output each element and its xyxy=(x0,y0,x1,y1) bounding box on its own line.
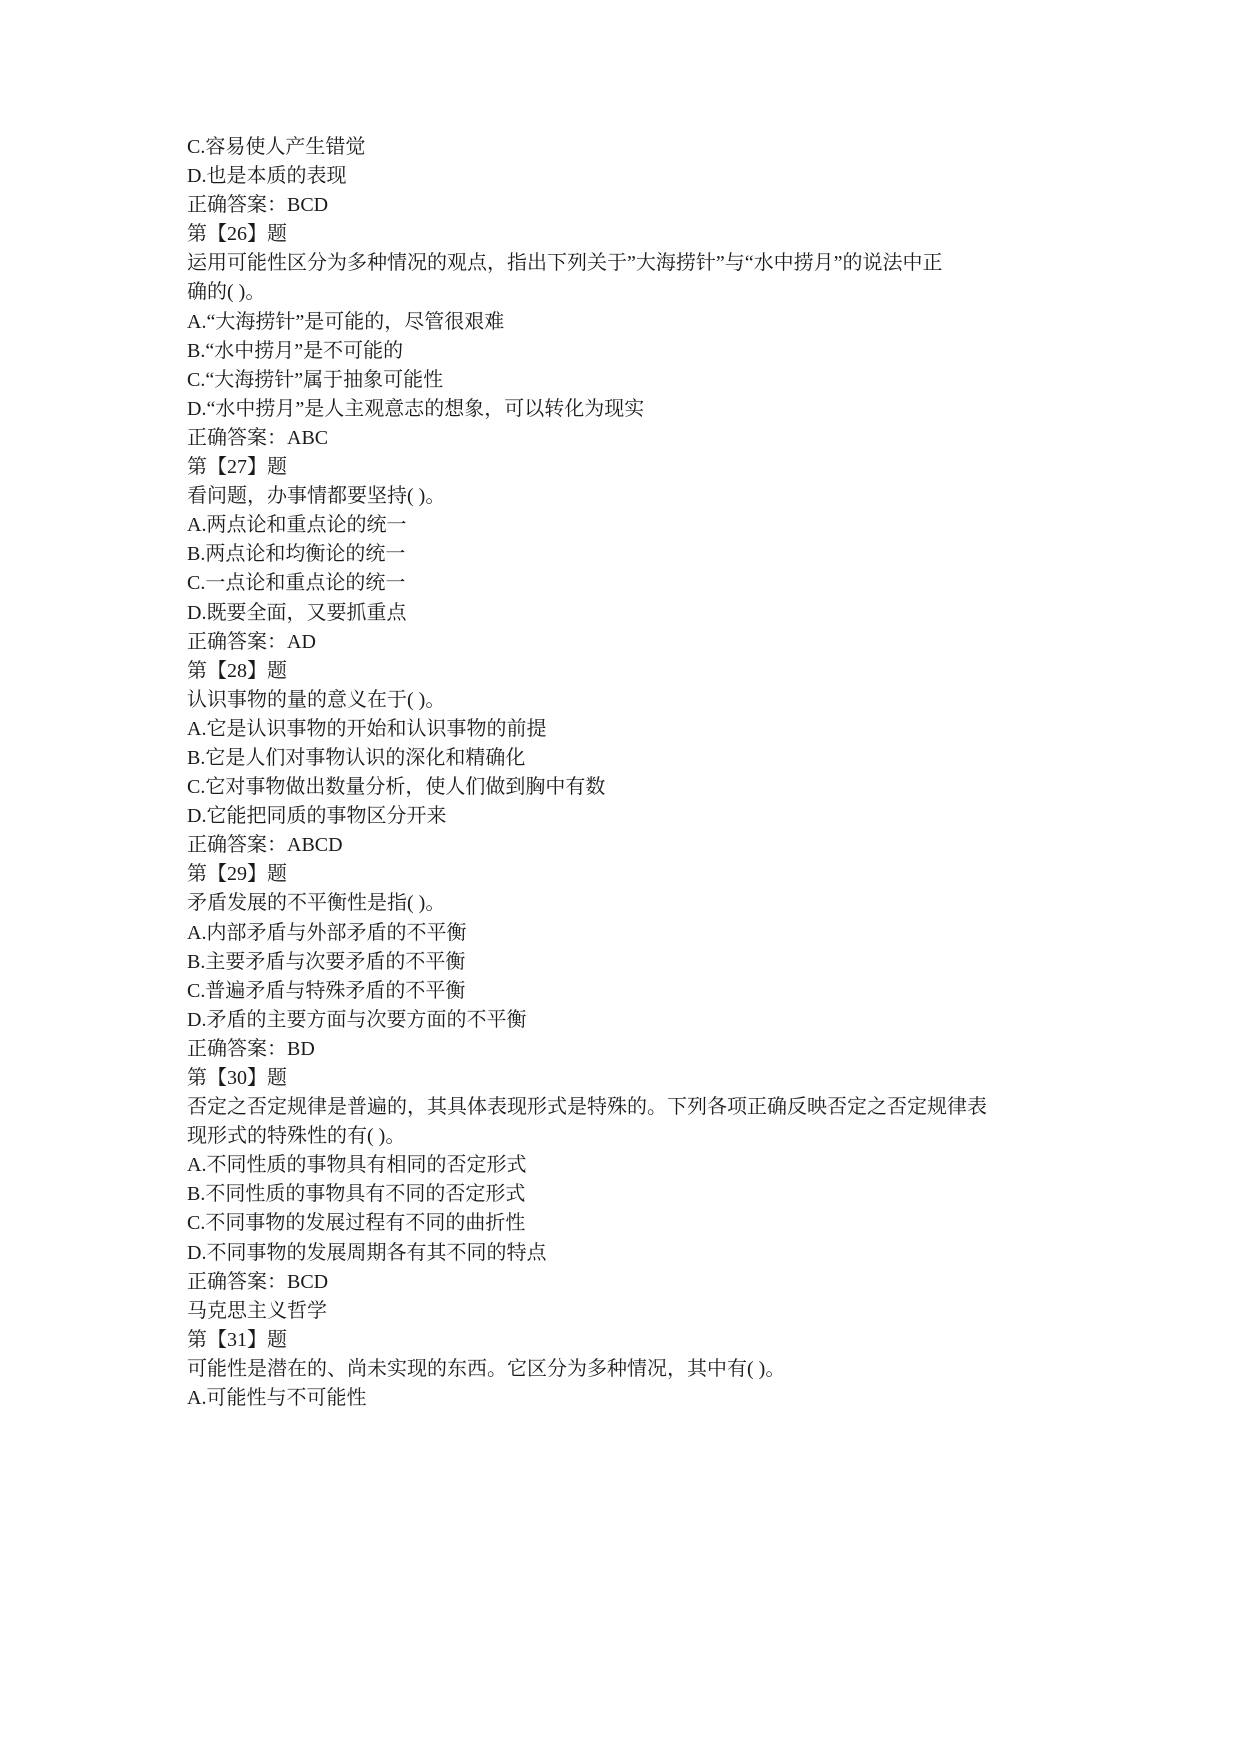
question-stem-line: 否定之否定规律是普遍的，其具体表现形式是特殊的。下列各项正确反映否定之否定规律表 xyxy=(187,1093,1067,1122)
answer-label: 正确答案： xyxy=(187,427,287,449)
question-fragment-prev: C.容易使人产生错觉 D.也是本质的表现 正确答案：BCD xyxy=(187,133,1067,220)
option-b: B.不同性质的事物具有不同的否定形式 xyxy=(187,1180,1067,1209)
question-stem-line: 现形式的特殊性的有( )。 xyxy=(187,1122,1067,1151)
question-26: 第【26】题 运用可能性区分为多种情况的观点，指出下列关于”大海捞针”与“水中捞… xyxy=(187,220,1067,453)
question-31: 第【31】题 可能性是潜在的、尚未实现的东西。它区分为多种情况，其中有( )。 … xyxy=(187,1326,1067,1413)
option-c: C.不同事物的发展过程有不同的曲折性 xyxy=(187,1209,1067,1238)
correct-answer: 正确答案：BD xyxy=(187,1035,1067,1064)
option-d: D.它能把同质的事物区分开来 xyxy=(187,802,1067,831)
document-page: C.容易使人产生错觉 D.也是本质的表现 正确答案：BCD 第【26】题 运用可… xyxy=(187,133,1067,1413)
option-b: B.它是人们对事物认识的深化和精确化 xyxy=(187,744,1067,773)
option-a: A.它是认识事物的开始和认识事物的前提 xyxy=(187,715,1067,744)
answer-value: ABC xyxy=(287,427,328,449)
answer-value: AD xyxy=(287,631,316,653)
option-a: A.内部矛盾与外部矛盾的不平衡 xyxy=(187,919,1067,948)
option-d: D.不同事物的发展周期各有其不同的特点 xyxy=(187,1239,1067,1268)
question-header: 第【30】题 xyxy=(187,1064,1067,1093)
answer-value: ABCD xyxy=(287,834,343,856)
option-d: D.矛盾的主要方面与次要方面的不平衡 xyxy=(187,1006,1067,1035)
option-a: A.“大海捞针”是可能的，尽管很艰难 xyxy=(187,308,1067,337)
answer-label: 正确答案： xyxy=(187,631,287,653)
option-b: B.两点论和均衡论的统一 xyxy=(187,540,1067,569)
question-stem-line: 可能性是潜在的、尚未实现的东西。它区分为多种情况，其中有( )。 xyxy=(187,1355,1067,1384)
option-d: D.“水中捞月”是人主观意志的想象，可以转化为现实 xyxy=(187,395,1067,424)
question-header: 第【27】题 xyxy=(187,453,1067,482)
option-a: A.可能性与不可能性 xyxy=(187,1384,1067,1413)
correct-answer: 正确答案：AD xyxy=(187,628,1067,657)
question-stem-line: 看问题，办事情都要坚持( )。 xyxy=(187,482,1067,511)
option-c: C.它对事物做出数量分析，使人们做到胸中有数 xyxy=(187,773,1067,802)
correct-answer: 正确答案：ABCD xyxy=(187,831,1067,860)
option-d: D.既要全面，又要抓重点 xyxy=(187,599,1067,628)
answer-value: BCD xyxy=(287,1271,328,1293)
option-a: A.不同性质的事物具有相同的否定形式 xyxy=(187,1151,1067,1180)
question-30: 第【30】题 否定之否定规律是普遍的，其具体表现形式是特殊的。下列各项正确反映否… xyxy=(187,1064,1067,1297)
question-header: 第【31】题 xyxy=(187,1326,1067,1355)
answer-label: 正确答案： xyxy=(187,1038,287,1060)
answer-value: BD xyxy=(287,1038,315,1060)
question-stem-line: 确的( )。 xyxy=(187,278,1067,307)
question-header: 第【29】题 xyxy=(187,860,1067,889)
answer-label: 正确答案： xyxy=(187,194,287,216)
question-29: 第【29】题 矛盾发展的不平衡性是指( )。 A.内部矛盾与外部矛盾的不平衡 B… xyxy=(187,860,1067,1064)
correct-answer: 正确答案：BCD xyxy=(187,1268,1067,1297)
answer-value: BCD xyxy=(287,194,328,216)
correct-answer: 正确答案：BCD xyxy=(187,191,1067,220)
option-b: B.主要矛盾与次要矛盾的不平衡 xyxy=(187,948,1067,977)
question-stem-line: 运用可能性区分为多种情况的观点，指出下列关于”大海捞针”与“水中捞月”的说法中正 xyxy=(187,249,1067,278)
option-c: C.容易使人产生错觉 xyxy=(187,133,1067,162)
question-stem-line: 矛盾发展的不平衡性是指( )。 xyxy=(187,889,1067,918)
option-d: D.也是本质的表现 xyxy=(187,162,1067,191)
question-header: 第【28】题 xyxy=(187,657,1067,686)
question-28: 第【28】题 认识事物的量的意义在于( )。 A.它是认识事物的开始和认识事物的… xyxy=(187,657,1067,861)
correct-answer: 正确答案：ABC xyxy=(187,424,1067,453)
question-stem-line: 认识事物的量的意义在于( )。 xyxy=(187,686,1067,715)
answer-label: 正确答案： xyxy=(187,834,287,856)
option-b: B.“水中捞月”是不可能的 xyxy=(187,337,1067,366)
option-c: C.一点论和重点论的统一 xyxy=(187,569,1067,598)
question-header: 第【26】题 xyxy=(187,220,1067,249)
question-27: 第【27】题 看问题，办事情都要坚持( )。 A.两点论和重点论的统一 B.两点… xyxy=(187,453,1067,657)
option-a: A.两点论和重点论的统一 xyxy=(187,511,1067,540)
option-c: C.“大海捞针”属于抽象可能性 xyxy=(187,366,1067,395)
answer-label: 正确答案： xyxy=(187,1271,287,1293)
section-title: 马克思主义哲学 xyxy=(187,1297,1067,1326)
option-c: C.普遍矛盾与特殊矛盾的不平衡 xyxy=(187,977,1067,1006)
